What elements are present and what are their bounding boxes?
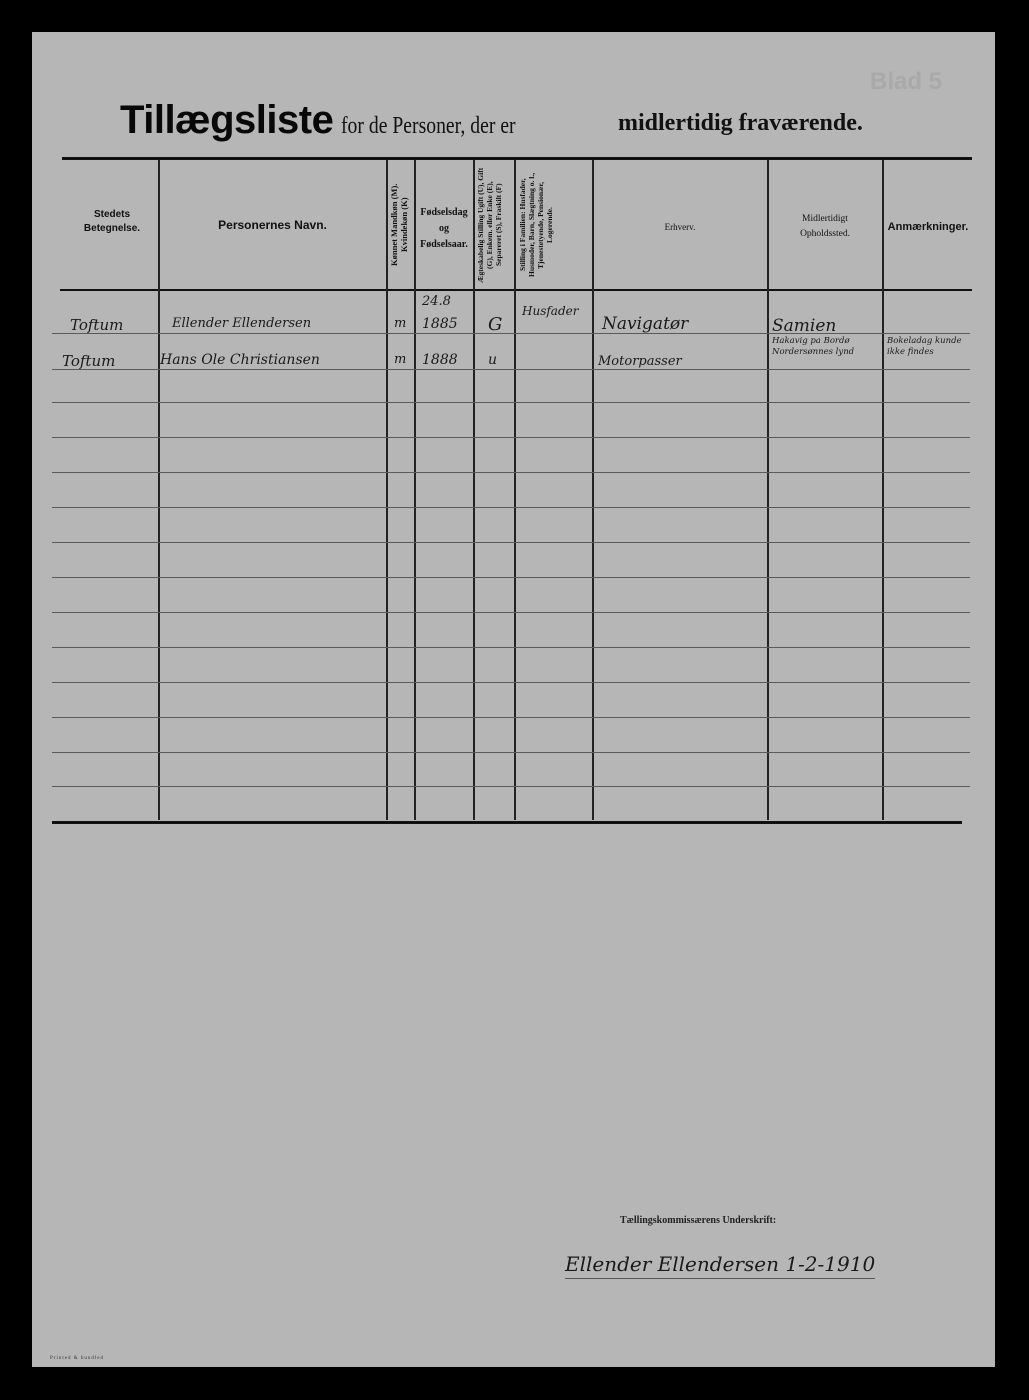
cell-family: Husfader <box>522 300 582 322</box>
header-remarks: Anmærkninger. <box>884 220 972 234</box>
row-line <box>52 369 970 370</box>
row-line <box>52 612 970 613</box>
row-line <box>52 437 970 438</box>
header-names: Personernes Navn. <box>165 218 380 232</box>
col-divider <box>767 160 769 820</box>
header-temp-residence: Midlertidigt Opholdssted. <box>780 212 870 242</box>
cell-remarks: Bokeladag kunde ikke findes <box>887 336 972 358</box>
header-birth: Fødselsdag og Fødselsaar. <box>416 205 472 253</box>
header-family: Stilling i Familien: Husfader, Husmoder,… <box>518 165 588 285</box>
cell-sex: m <box>394 316 406 331</box>
title-main: Tillægsliste <box>120 98 333 142</box>
cell-occupation: Motorpasser <box>598 354 682 369</box>
cell-place: Toftum <box>70 316 123 334</box>
col-divider <box>158 160 160 820</box>
table-bottom-rule <box>52 821 962 824</box>
row-line <box>52 682 970 683</box>
row-line <box>52 647 970 648</box>
cell-marital: G <box>488 314 502 335</box>
signature-label: Tællingskommissærens Underskrift: <box>620 1215 776 1226</box>
col-divider <box>386 160 388 820</box>
header-occupation: Erhverv. <box>600 220 760 234</box>
col-divider <box>882 160 884 820</box>
cell-occupation: Navigatør <box>602 314 688 334</box>
cell-name: Hans Ole Christiansen <box>160 352 320 368</box>
signature-value: Ellender Ellendersen 1-2-1910 <box>565 1252 875 1279</box>
cell-temp-residence: Hakavig pa Bordø Nordersønnes lynd <box>772 336 880 358</box>
row-line <box>52 472 970 473</box>
faded-page-stamp: Blad 5 <box>870 68 942 96</box>
cell-marital: u <box>488 352 497 368</box>
cell-sex: m <box>394 352 406 367</box>
col-divider <box>414 160 416 820</box>
row-line <box>52 752 970 753</box>
cell-temp-residence: Samien <box>772 316 836 336</box>
printer-mark: Printed & bundled <box>50 1356 104 1361</box>
header-marital: Ægteskabelig Stilling Ugift (U), Gift (G… <box>476 165 512 285</box>
title-subtitle-part2: midlertidig fraværende. <box>618 110 863 137</box>
header-sex: Kønnet Mandkøn (M). Kvindekøn (K) <box>389 165 413 285</box>
row-line <box>52 507 970 508</box>
row-line <box>52 786 970 787</box>
cell-place: Toftum <box>62 352 115 370</box>
col-divider <box>514 160 516 820</box>
header-place: Stedets Betegnelse. <box>72 208 152 236</box>
header-bottom-rule <box>60 289 972 291</box>
row-line <box>52 402 970 403</box>
col-divider <box>473 160 475 820</box>
form-title: Tillægslistefor de Personer, der er midl… <box>120 98 554 143</box>
title-subtitle-part1: for de Personer, der er <box>341 113 516 140</box>
cell-name: Ellender Ellendersen <box>172 316 311 331</box>
row-line <box>52 542 970 543</box>
cell-birth-day: 24.8 <box>422 294 451 309</box>
row-line <box>52 717 970 718</box>
cell-birth-year: 1888 <box>422 352 458 368</box>
col-divider <box>592 160 594 820</box>
header-top-rule <box>62 157 972 160</box>
row-line <box>52 577 970 578</box>
cell-birth-year: 1885 <box>422 316 458 332</box>
